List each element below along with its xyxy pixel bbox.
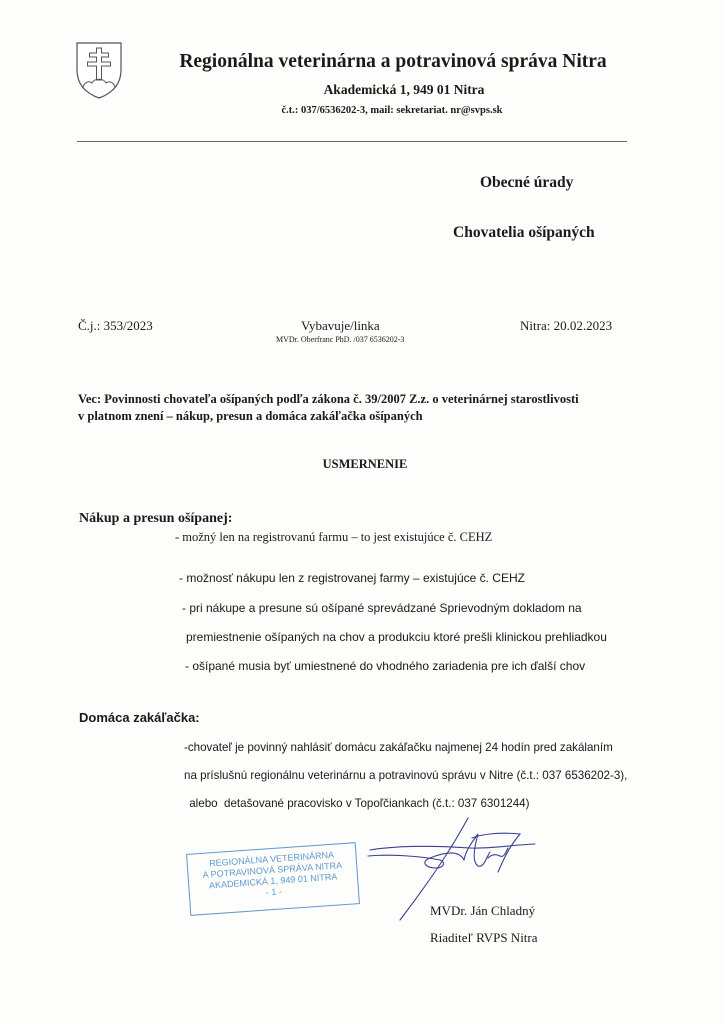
place-date: Nitra: 20.02.2023 (520, 318, 612, 334)
document-heading: USMERNENIE (0, 457, 724, 472)
reference-number: Č.j.: 353/2023 (78, 318, 153, 334)
signer-title: Riaditeľ RVPS Nitra (430, 930, 538, 946)
subject-line: v platnom znení – nákup, presun a domáca… (78, 408, 658, 425)
subject-line: Vec: Povinnosti chovateľa ošípaných podľ… (78, 391, 658, 408)
list-item: - ošípané musia byť umiestnené do vhodné… (185, 659, 585, 673)
list-item: premiestnenie ošípaných na chov a produk… (186, 630, 607, 644)
list-item: - možnosť nákupu len z registrovanej far… (179, 571, 525, 585)
header-divider (77, 141, 627, 142)
handler-detail: MVDr. Oberfranc PhD. /037 6536202-3 (276, 335, 404, 344)
section-title: Domáca zakáľačka: (79, 710, 200, 725)
official-stamp: REGIONÁLNA VETERINÁRNA A POTRAVINOVÁ SPR… (186, 842, 360, 916)
list-item: - pri nákupe a presune sú ošípané sprevá… (182, 601, 582, 615)
subject: Vec: Povinnosti chovateľa ošípaných podľ… (78, 391, 658, 425)
list-item: - možný len na registrovanú farmu – to j… (175, 530, 492, 545)
organization-address: Akademická 1, 949 01 Nitra (0, 82, 724, 98)
list-item: alebo detašované pracovisko v Topoľčiank… (186, 797, 529, 810)
recipient: Chovatelia ošípaných (453, 224, 595, 242)
organization-name: Regionálna veterinárna a potravinová spr… (0, 51, 724, 73)
section-title: Nákup a presun ošípanej: (79, 511, 232, 527)
signer-name: MVDr. Ján Chladný (430, 903, 535, 919)
list-item: na príslušnú regionálnu veterinárnu a po… (184, 769, 627, 782)
handler-label: Vybavuje/linka (301, 318, 380, 334)
list-item: -chovateľ je povinný nahlásiť domácu zak… (184, 741, 613, 754)
recipient: Obecné úrady (480, 174, 573, 192)
organization-contact: č.t.: 037/6536202-3, mail: sekretariat. … (0, 105, 724, 116)
